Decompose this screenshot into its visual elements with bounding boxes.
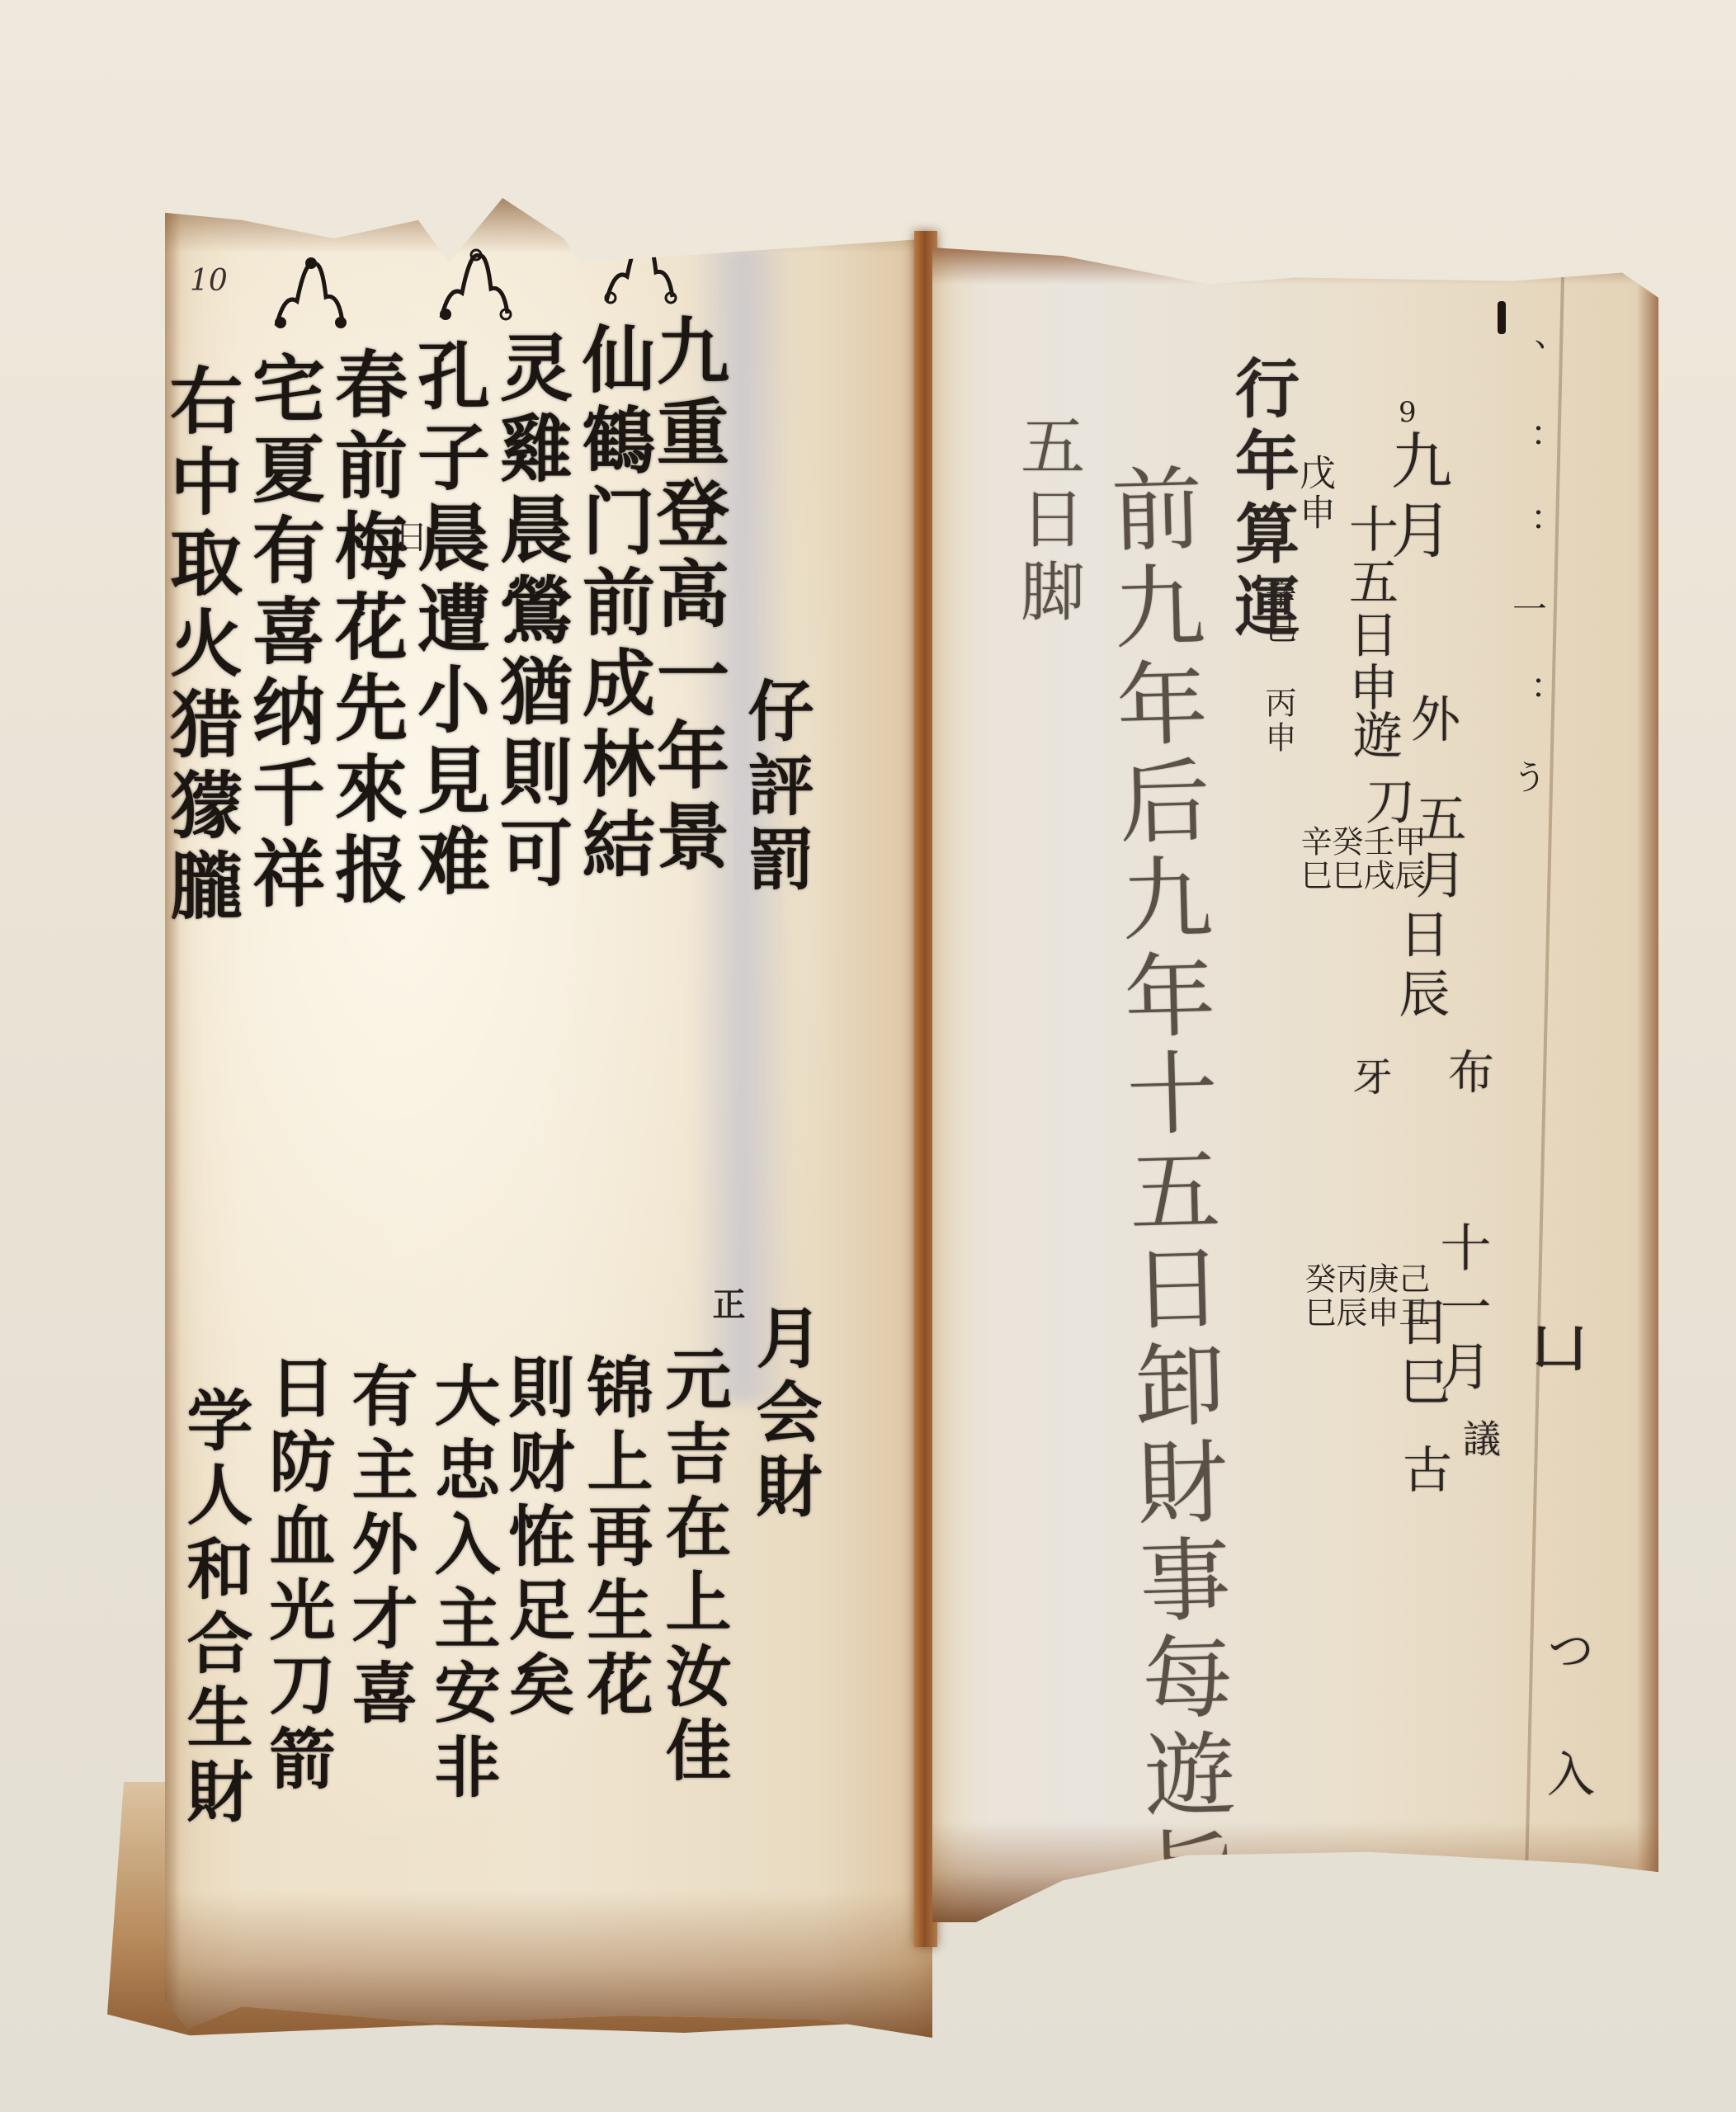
section-marker: 正 [710,1287,743,1323]
section-heading-upper: 仔評罰 [743,676,809,899]
entry-ancient: 古 [1399,1444,1448,1501]
page-number: 10 [190,264,228,298]
left-page: 10 仔評罰 九重登高一年景 仙鶴门前成林結 灵雞晨鶯猶則可 孔子晨遭小見难 春… [165,198,932,2038]
entry-blade: 刀 [1361,775,1411,833]
verse-column-6: 宅夏有喜纳千祥 [248,351,320,917]
margin-mark-curve: つ [1543,1625,1591,1681]
verse-column-lower-3: 則财恠足矣 [503,1353,569,1724]
note-outer: 外 [1407,693,1456,751]
verse-column-lower-7: 学人和合生財 [182,1386,248,1831]
verse-column-5: 春前梅花先來报 [330,346,403,912]
note-wave: 遊 [1349,709,1399,767]
verse-column-3: 灵雞晨鶯猶則可 [495,330,568,896]
verse-column-lower-6: 日防血光刀箭 [264,1353,330,1798]
entry-month-five: 五月 [1411,792,1462,904]
day-note-column: 五日脚 [1015,412,1079,630]
verse-column-lower-2: 锦上再生花 [582,1353,648,1724]
section-heading-lower: 月会財 [751,1303,817,1526]
fortune-heading: 行年算運 [1229,355,1294,645]
entry-tooth: 牙 [1349,1056,1389,1104]
right-page: 、：：一：う 凵 つ 入 9 九月 十五日申 外 遊 戊申 辛巳 丙申 行年算運… [932,247,1658,1922]
verse-column-7: 右中取火猎獴朧 [165,363,238,929]
entry-cloth: 布 [1444,1048,1490,1102]
stem-branch-note: 戊申 [1295,454,1332,533]
inline-annotation: 日 [392,520,425,556]
verse-column-1: 九重登高一年景 [652,313,724,879]
margin-bracket-mark: 凵 [1528,1320,1581,1381]
entry-day-eleven: 日巳 [1394,1295,1446,1414]
margin-mark [1498,301,1506,334]
arch-ornament-icon [264,252,355,334]
margin-mark-enter: 入 [1543,1749,1591,1805]
verse-column-2: 仙鶴门前成林結 [578,322,650,888]
verse-column-lower-1: 元吉在上汝佳 [660,1345,726,1790]
entry-day-five: 日辰 [1394,907,1446,1026]
arch-ornament-icon [429,243,520,326]
date-day-column: 十五日申 [1345,503,1394,714]
cursive-main-column: 前九年后九年十五日卸財事每遊旨 [1103,461,1232,1923]
verse-column-lower-5: 有主外才喜 [347,1361,413,1732]
entry-discuss: 議 [1460,1419,1498,1465]
verse-column-4: 孔子晨遭小見难 [413,338,485,904]
margin-marks-column: 、：：一：う [1510,338,1545,843]
verse-column-lower-4: 大忠入主安非 [429,1361,495,1807]
numeral-note: 9 [1399,396,1420,429]
